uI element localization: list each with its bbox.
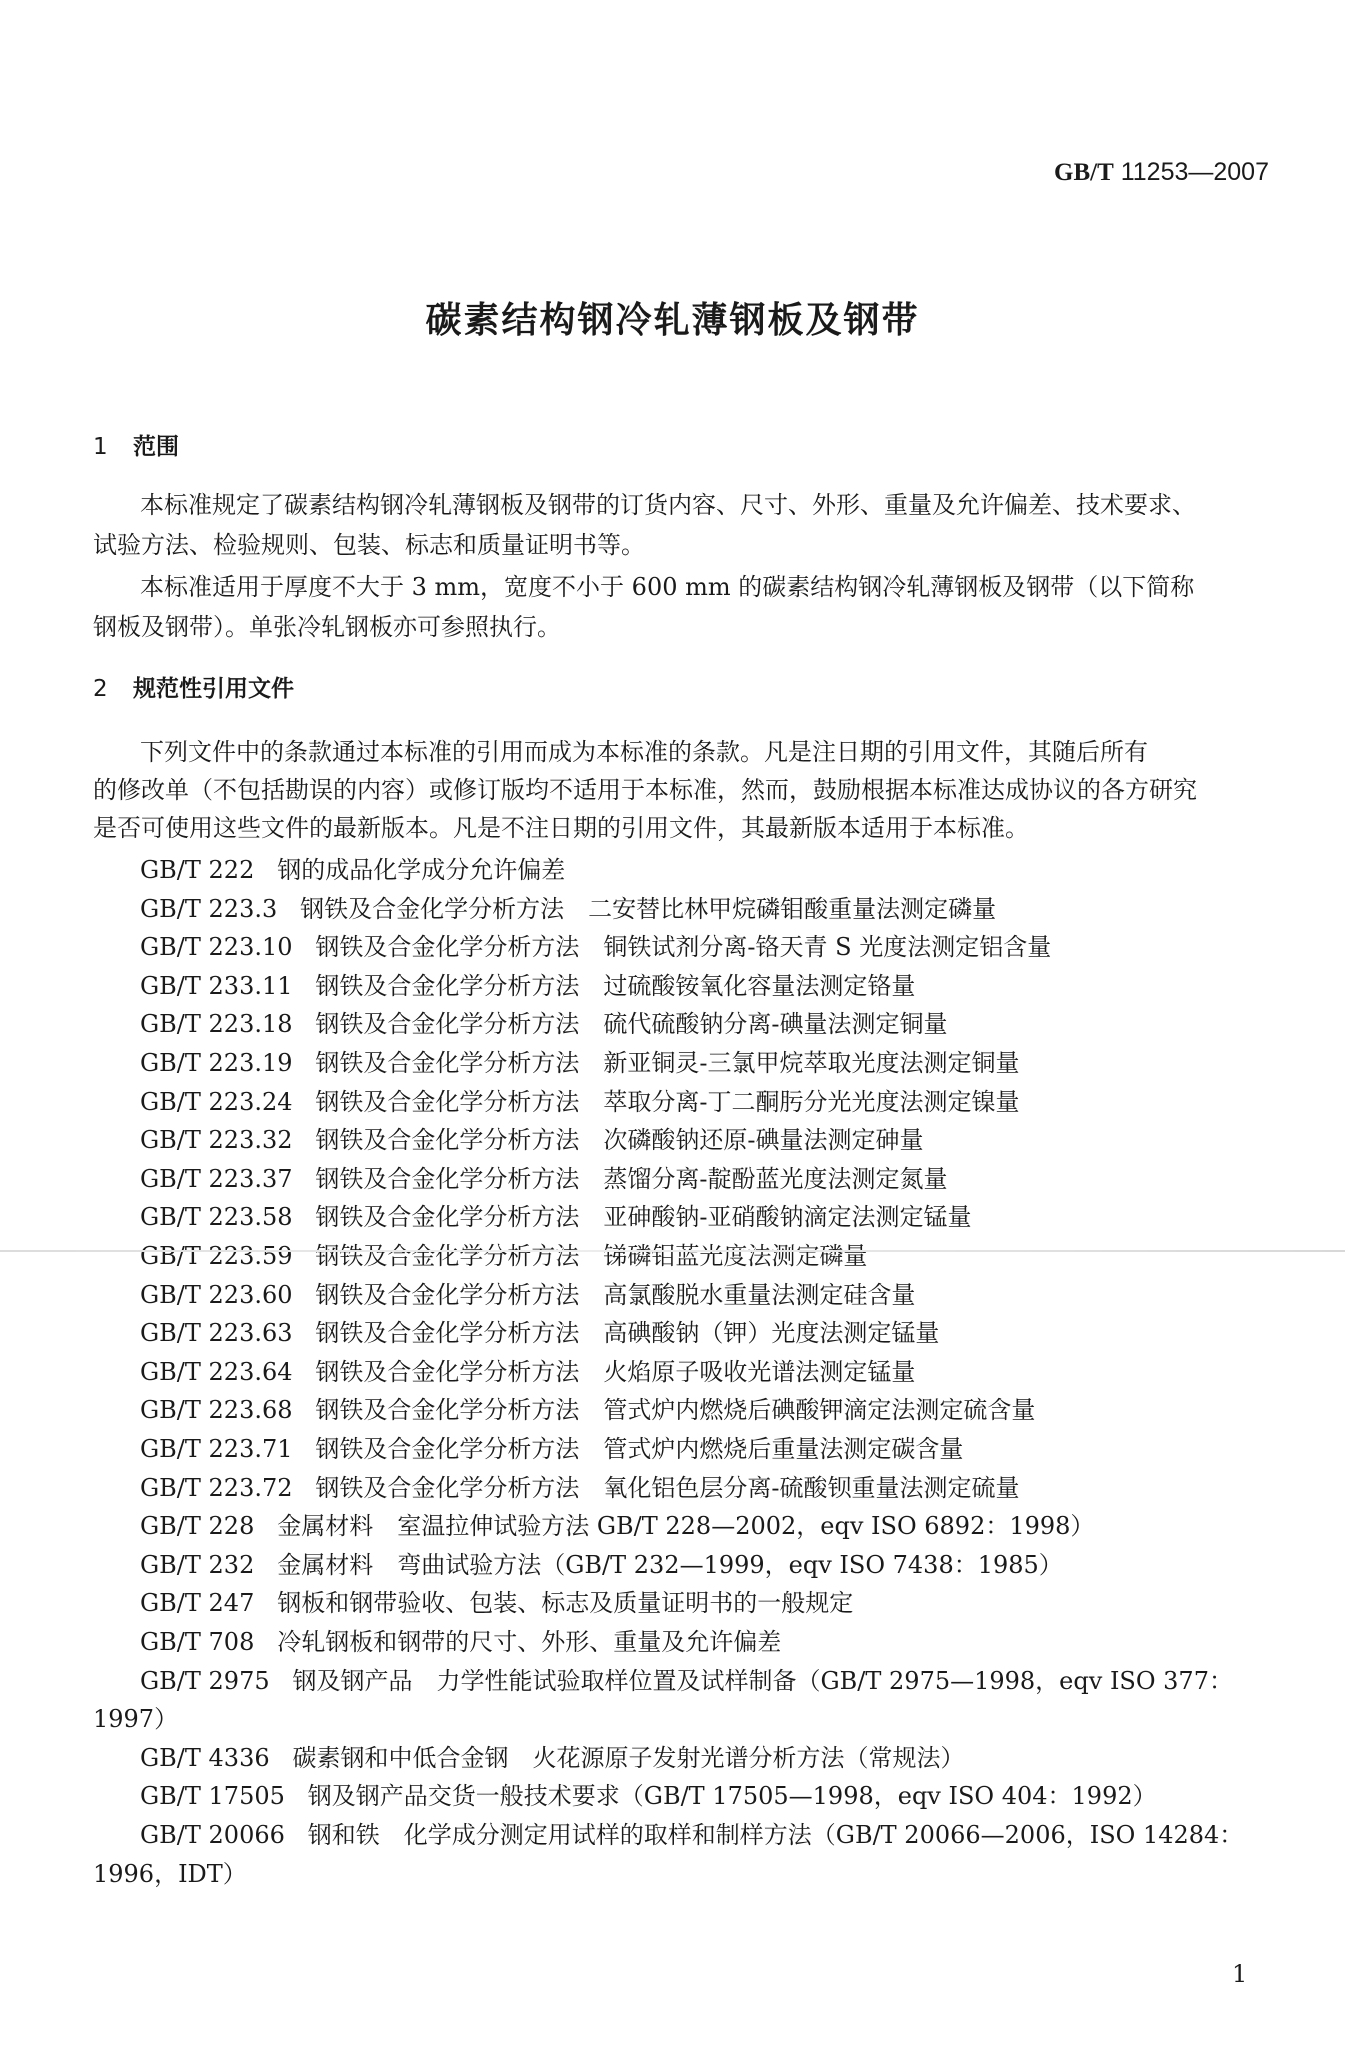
- reference-title: 钢铁及合金化学分析方法 萃取分离-丁二酮肟分光光度法测定镍量: [315, 1088, 1019, 1116]
- reference-code: GB/T 223.19: [140, 1048, 293, 1078]
- section-1-heading: 1范围: [93, 428, 179, 461]
- reference-item: GB/T 20066 钢和铁 化学成分测定用试样的取样和制样方法（GB/T 20…: [140, 1820, 1243, 1850]
- reference-gap: [254, 1512, 277, 1540]
- reference-title: 钢及钢产品 力学性能试验取样位置及试样制备（GB/T 2975—1998，eqv…: [293, 1667, 1233, 1695]
- reference-gap: [293, 1435, 316, 1463]
- reference-gap: [293, 1126, 316, 1154]
- reference-code: GB/T 223.63: [140, 1318, 293, 1348]
- paragraph-line: 本标准适用于厚度不大于 3 mm，宽度不小于 600 mm 的碳素结构钢冷轧薄钢…: [140, 572, 1194, 602]
- reference-gap: [254, 856, 277, 884]
- reference-item: GB/T 232 金属材料 弯曲试验方法（GB/T 232—1999，eqv I…: [140, 1550, 1063, 1580]
- reference-item: GB/T 223.24 钢铁及合金化学分析方法 萃取分离-丁二酮肟分光光度法测定…: [140, 1087, 1020, 1117]
- reference-code: GB/T 4336: [140, 1743, 270, 1773]
- reference-title: 碳素钢和中低合金钢 火花源原子发射光谱分析方法（常规法）: [293, 1744, 965, 1772]
- reference-title: 金属材料 室温拉伸试验方法 GB/T 228—2002，eqv ISO 6892…: [277, 1512, 1094, 1540]
- reference-item: GB/T 247 钢板和钢带验收、包装、标志及质量证明书的一般规定: [140, 1588, 853, 1618]
- document-title: 碳素结构钢冷轧薄钢板及钢带: [0, 292, 1345, 343]
- paragraph-line: 的修改单（不包括勘误的内容）或修订版均不适用于本标准，然而，鼓励根据本标准达成协…: [93, 775, 1197, 805]
- reference-gap: [254, 1589, 277, 1617]
- reference-gap: [285, 1782, 308, 1810]
- reference-item: GB/T 17505 钢及钢产品交货一般技术要求（GB/T 17505—1998…: [140, 1781, 1157, 1811]
- reference-title: 钢铁及合金化学分析方法 过硫酸铵氧化容量法测定铬量: [315, 972, 915, 1000]
- reference-code: GB/T 232: [140, 1550, 254, 1580]
- reference-gap: [293, 933, 316, 961]
- reference-code: GB/T 17505: [140, 1781, 285, 1811]
- reference-gap: [293, 1319, 316, 1347]
- reference-code: GB/T 223.68: [140, 1395, 293, 1425]
- reference-item: GB/T 708 冷轧钢板和钢带的尺寸、外形、重量及允许偏差: [140, 1627, 781, 1657]
- reference-continuation: 1997）: [93, 1704, 178, 1734]
- reference-code: GB/T 247: [140, 1588, 254, 1618]
- reference-title: 钢铁及合金化学分析方法 高氯酸脱水重量法测定硅含量: [315, 1281, 915, 1309]
- reference-gap: [293, 1088, 316, 1116]
- reference-title: 钢铁及合金化学分析方法 管式炉内燃烧后碘酸钾滴定法测定硫含量: [315, 1396, 1035, 1424]
- section-title: 规范性引用文件: [133, 676, 294, 702]
- reference-gap: [254, 1551, 277, 1579]
- reference-item: GB/T 222 钢的成品化学成分允许偏差: [140, 855, 565, 885]
- reference-title: 钢铁及合金化学分析方法 铜铁试剂分离-铬天青 S 光度法测定铝含量: [315, 933, 1051, 961]
- reference-gap: [293, 1281, 316, 1309]
- reference-continuation: 1996，IDT）: [93, 1859, 247, 1889]
- reference-code: GB/T 708: [140, 1627, 254, 1657]
- reference-item: GB/T 223.58 钢铁及合金化学分析方法 亚砷酸钠-亚硝酸钠滴定法测定锰量: [140, 1202, 972, 1232]
- reference-item: GB/T 223.59 钢铁及合金化学分析方法 锑磷钼蓝光度法测定磷量: [140, 1241, 867, 1271]
- reference-title: 钢铁及合金化学分析方法 管式炉内燃烧后重量法测定碳含量: [315, 1435, 963, 1463]
- scan-artifact-line: [0, 1250, 1345, 1252]
- reference-item: GB/T 233.11 钢铁及合金化学分析方法 过硫酸铵氧化容量法测定铬量: [140, 971, 915, 1001]
- reference-code: GB/T 223.64: [140, 1357, 293, 1387]
- reference-item: GB/T 223.64 钢铁及合金化学分析方法 火焰原子吸收光谱法测定锰量: [140, 1357, 915, 1387]
- reference-title: 钢及钢产品交货一般技术要求（GB/T 17505—1998，eqv ISO 40…: [308, 1782, 1157, 1810]
- reference-title: 钢和铁 化学成分测定用试样的取样和制样方法（GB/T 20066—2006，IS…: [308, 1821, 1244, 1849]
- reference-item: GB/T 223.71 钢铁及合金化学分析方法 管式炉内燃烧后重量法测定碳含量: [140, 1434, 963, 1464]
- reference-item: GB/T 223.3 钢铁及合金化学分析方法 二安替比林甲烷磷钼酸重量法测定磷量: [140, 894, 996, 924]
- section-title: 范围: [133, 434, 179, 460]
- reference-gap: [293, 972, 316, 1000]
- page-number: 1: [1232, 1960, 1247, 1988]
- section-number: 1: [93, 434, 133, 460]
- reference-code: GB/T 20066: [140, 1820, 285, 1850]
- paragraph-line: 下列文件中的条款通过本标准的引用而成为本标准的条款。凡是注日期的引用文件，其随后…: [140, 737, 1148, 767]
- reference-code: GB/T 223.71: [140, 1434, 293, 1464]
- reference-code: GB/T 223.60: [140, 1280, 293, 1310]
- reference-item: GB/T 223.68 钢铁及合金化学分析方法 管式炉内燃烧后碘酸钾滴定法测定硫…: [140, 1395, 1035, 1425]
- reference-title: 钢铁及合金化学分析方法 次磷酸钠还原-碘量法测定砷量: [315, 1126, 923, 1154]
- reference-code: GB/T 222: [140, 855, 254, 885]
- reference-item: GB/T 2975 钢及钢产品 力学性能试验取样位置及试样制备（GB/T 297…: [140, 1666, 1233, 1696]
- reference-item: GB/T 223.32 钢铁及合金化学分析方法 次磷酸钠还原-碘量法测定砷量: [140, 1125, 924, 1155]
- reference-gap: [293, 1474, 316, 1502]
- reference-title: 钢铁及合金化学分析方法 蒸馏分离-靛酚蓝光度法测定氮量: [315, 1165, 947, 1193]
- reference-code: GB/T 2975: [140, 1666, 270, 1696]
- reference-title: 钢铁及合金化学分析方法 氧化铝色层分离-硫酸钡重量法测定硫量: [315, 1474, 1019, 1502]
- standard-code: 11253—2007: [1114, 158, 1269, 186]
- reference-gap: [293, 1010, 316, 1038]
- reference-gap: [270, 1667, 293, 1695]
- reference-item: GB/T 223.63 钢铁及合金化学分析方法 高碘酸钠（钾）光度法测定锰量: [140, 1318, 939, 1348]
- reference-title: 钢铁及合金化学分析方法 火焰原子吸收光谱法测定锰量: [315, 1358, 915, 1386]
- reference-code: GB/T 223.10: [140, 932, 293, 962]
- reference-code: GB/T 223.72: [140, 1473, 293, 1503]
- reference-title: 钢铁及合金化学分析方法 硫代硫酸钠分离-碘量法测定铜量: [315, 1010, 947, 1038]
- standard-number: GB/T 11253—2007: [1054, 158, 1269, 187]
- reference-item: GB/T 4336 碳素钢和中低合金钢 火花源原子发射光谱分析方法（常规法）: [140, 1743, 965, 1773]
- reference-item: GB/T 223.60 钢铁及合金化学分析方法 高氯酸脱水重量法测定硅含量: [140, 1280, 915, 1310]
- reference-code: GB/T 223.59: [140, 1241, 293, 1271]
- standard-prefix: GB/T: [1054, 159, 1114, 186]
- reference-item: GB/T 223.19 钢铁及合金化学分析方法 新亚铜灵-三氯甲烷萃取光度法测定…: [140, 1048, 1020, 1078]
- reference-item: GB/T 223.10 钢铁及合金化学分析方法 铜铁试剂分离-铬天青 S 光度法…: [140, 932, 1051, 962]
- section-number: 2: [93, 676, 133, 702]
- paragraph-line: 本标准规定了碳素结构钢冷轧薄钢板及钢带的订货内容、尺寸、外形、重量及允许偏差、技…: [140, 490, 1196, 520]
- reference-gap: [293, 1049, 316, 1077]
- reference-title: 钢铁及合金化学分析方法 新亚铜灵-三氯甲烷萃取光度法测定铜量: [315, 1049, 1019, 1077]
- section-2-heading: 2规范性引用文件: [93, 670, 294, 703]
- reference-title: 金属材料 弯曲试验方法（GB/T 232—1999，eqv ISO 7438：1…: [277, 1551, 1063, 1579]
- reference-gap: [277, 895, 300, 923]
- reference-code: GB/T 223.3: [140, 894, 277, 924]
- reference-code: GB/T 233.11: [140, 971, 293, 1001]
- reference-title: 冷轧钢板和钢带的尺寸、外形、重量及允许偏差: [277, 1628, 781, 1656]
- reference-gap: [270, 1744, 293, 1772]
- reference-code: GB/T 228: [140, 1511, 254, 1541]
- reference-title: 钢铁及合金化学分析方法 亚砷酸钠-亚硝酸钠滴定法测定锰量: [315, 1203, 971, 1231]
- reference-code: GB/T 223.18: [140, 1009, 293, 1039]
- reference-title: 钢铁及合金化学分析方法 二安替比林甲烷磷钼酸重量法测定磷量: [300, 895, 996, 923]
- reference-item: GB/T 223.18 钢铁及合金化学分析方法 硫代硫酸钠分离-碘量法测定铜量: [140, 1009, 948, 1039]
- reference-title: 钢铁及合金化学分析方法 锑磷钼蓝光度法测定磷量: [315, 1242, 867, 1270]
- reference-gap: [293, 1165, 316, 1193]
- reference-gap: [293, 1242, 316, 1270]
- reference-gap: [285, 1821, 308, 1849]
- reference-gap: [254, 1628, 277, 1656]
- reference-title: 钢的成品化学成分允许偏差: [277, 856, 565, 884]
- paragraph-line: 是否可使用这些文件的最新版本。凡是不注日期的引用文件，其最新版本适用于本标准。: [93, 813, 1029, 843]
- paragraph-line: 钢板及钢带）。单张冷轧钢板亦可参照执行。: [93, 612, 561, 642]
- reference-code: GB/T 223.32: [140, 1125, 293, 1155]
- reference-code: GB/T 223.37: [140, 1164, 293, 1194]
- reference-gap: [293, 1203, 316, 1231]
- reference-item: GB/T 223.37 钢铁及合金化学分析方法 蒸馏分离-靛酚蓝光度法测定氮量: [140, 1164, 948, 1194]
- reference-gap: [293, 1396, 316, 1424]
- reference-title: 钢板和钢带验收、包装、标志及质量证明书的一般规定: [277, 1589, 853, 1617]
- reference-item: GB/T 228 金属材料 室温拉伸试验方法 GB/T 228—2002，eqv…: [140, 1511, 1094, 1541]
- reference-gap: [293, 1358, 316, 1386]
- reference-item: GB/T 223.72 钢铁及合金化学分析方法 氧化铝色层分离-硫酸钡重量法测定…: [140, 1473, 1020, 1503]
- paragraph-line: 试验方法、检验规则、包装、标志和质量证明书等。: [93, 530, 645, 560]
- reference-title: 钢铁及合金化学分析方法 高碘酸钠（钾）光度法测定锰量: [315, 1319, 939, 1347]
- reference-code: GB/T 223.58: [140, 1202, 293, 1232]
- reference-code: GB/T 223.24: [140, 1087, 293, 1117]
